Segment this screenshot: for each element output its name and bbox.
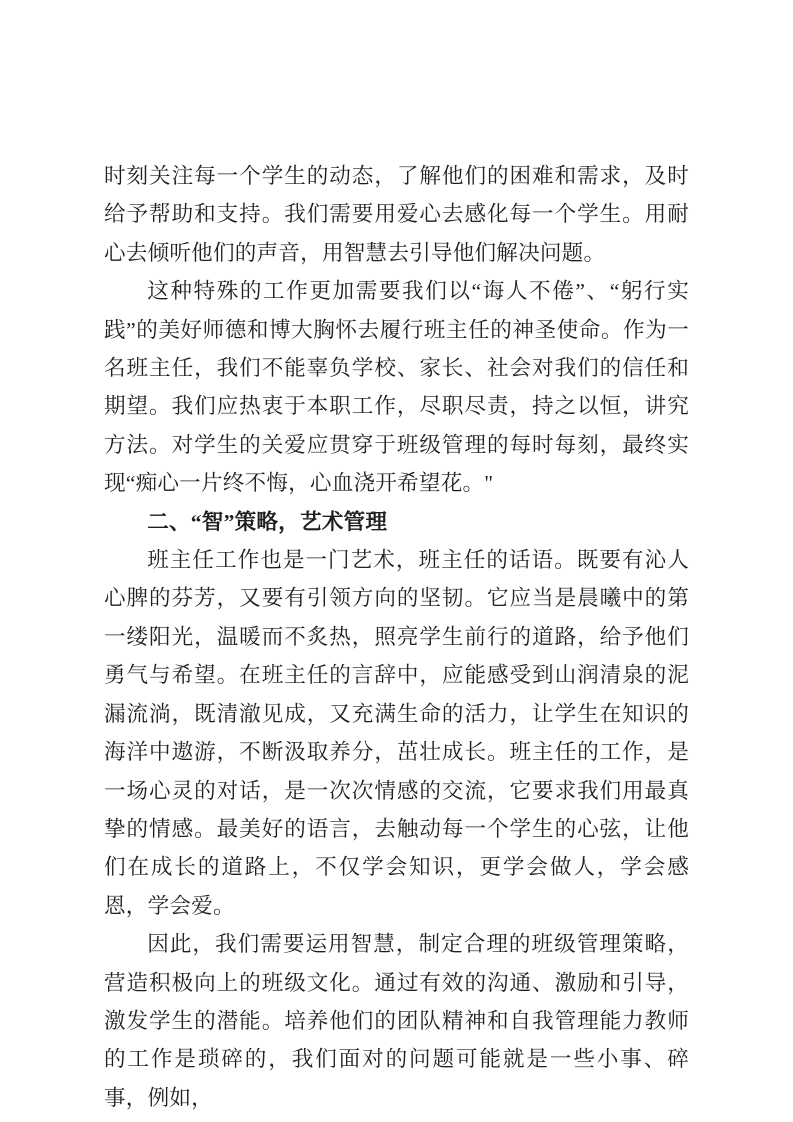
text-block: 时刻关注每一个学生的动态，了解他们的困难和需求，及时给予帮助和支持。我们需要用爱… (104, 157, 689, 1117)
section-heading-strategy: 二、“智”策略，艺术管理 (104, 503, 689, 541)
paragraph-continuation: 时刻关注每一个学生的动态，了解他们的困难和需求，及时给予帮助和支持。我们需要用爱… (104, 157, 689, 272)
paragraph-art-of-language: 班主任工作也是一门艺术，班主任的话语。既要有沁人心脾的芬芳，又要有引领方向的坚韧… (104, 541, 689, 925)
paragraph-devotion: 这种特殊的工作更加需要我们以“诲人不倦”、“躬行实践”的美好师德和博大胸怀去履行… (104, 272, 689, 502)
document-page: 时刻关注每一个学生的动态，了解他们的困难和需求，及时给予帮助和支持。我们需要用爱… (0, 0, 793, 1122)
paragraph-wisdom-management: 因此，我们需要运用智慧，制定合理的班级管理策略，营造积极向上的班级文化。通过有效… (104, 925, 689, 1117)
